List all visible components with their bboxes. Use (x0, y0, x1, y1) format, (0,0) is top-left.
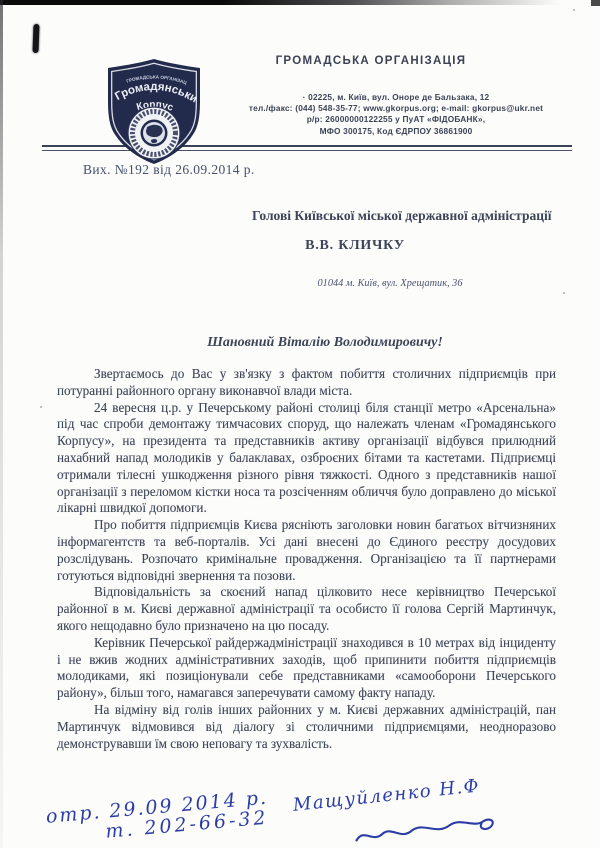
addressee-address: 01044 м. Київ, вул. Хрещатик, 36 (315, 278, 465, 289)
scan-speck (40, 406, 42, 408)
scan-corner-mark (591, 0, 600, 6)
body-paragraph: Відповідальність за скоєний напад цілков… (57, 584, 556, 634)
scanned-letter-page: ГРОМАДСЬКА ОРГАНІЗАЦІЯ Громадянський Кор… (0, 0, 600, 848)
address-line: тел./факс: (044) 548-35-77; www.gkorpus.… (228, 103, 564, 114)
organization-logo: ГРОМАДСЬКА ОРГАНІЗАЦІЯ Громадянський Кор… (101, 56, 207, 166)
handwritten-signature-name: Мащуйленко Н.Ф (292, 775, 481, 816)
body-paragraph: На відміну від голів інших районних у м.… (57, 702, 556, 752)
body-paragraph: Керівник Печерської райдержадміністрації… (57, 635, 556, 702)
scan-speck (573, 9, 575, 11)
salutation: Шановний Віталію Володимировичу! (120, 335, 530, 351)
scan-speck (563, 292, 565, 294)
shield-emblem-icon: ГРОМАДСЬКА ОРГАНІЗАЦІЯ Громадянський Кор… (101, 56, 207, 166)
body-paragraph: Про побиття підприємців Києва рясніють з… (57, 517, 556, 584)
signature-flourish (349, 807, 511, 848)
address-line: · 02225, м. Київ, вул. Оноре де Бальзака… (228, 92, 564, 103)
binder-punch-mark (32, 24, 39, 53)
scan-edge-left (0, 0, 3, 848)
body-paragraph: 24 вересня ц.р. у Печерському районі сто… (57, 400, 556, 518)
handwritten-received-note: отр. 29.09 2014 р. т. 202-66-32 (45, 787, 271, 848)
address-line: р/р: 26000000122255 у ПуАТ «ФІДОБАНК», (228, 114, 564, 125)
letterhead-address-block: · 02225, м. Київ, вул. Оноре де Бальзака… (228, 92, 564, 137)
address-line: МФО 300175, Код ЄДРПОУ 36861900 (228, 126, 564, 137)
body-paragraph: Звертаємось до Вас у зв'язку з фактом по… (57, 366, 556, 400)
signature-stroke-icon (349, 807, 511, 848)
letter-body: Звертаємось до Вас у зв'язку з фактом по… (57, 366, 556, 752)
org-type-heading: ГРОМАДСЬКА ОРГАНІЗАЦІЯ (256, 55, 486, 67)
scan-edge-top (0, 0, 560, 5)
addressee-title: Голові Київської міської державної адмін… (252, 208, 550, 224)
addressee-name: В.В. КЛИЧКУ (300, 238, 410, 254)
